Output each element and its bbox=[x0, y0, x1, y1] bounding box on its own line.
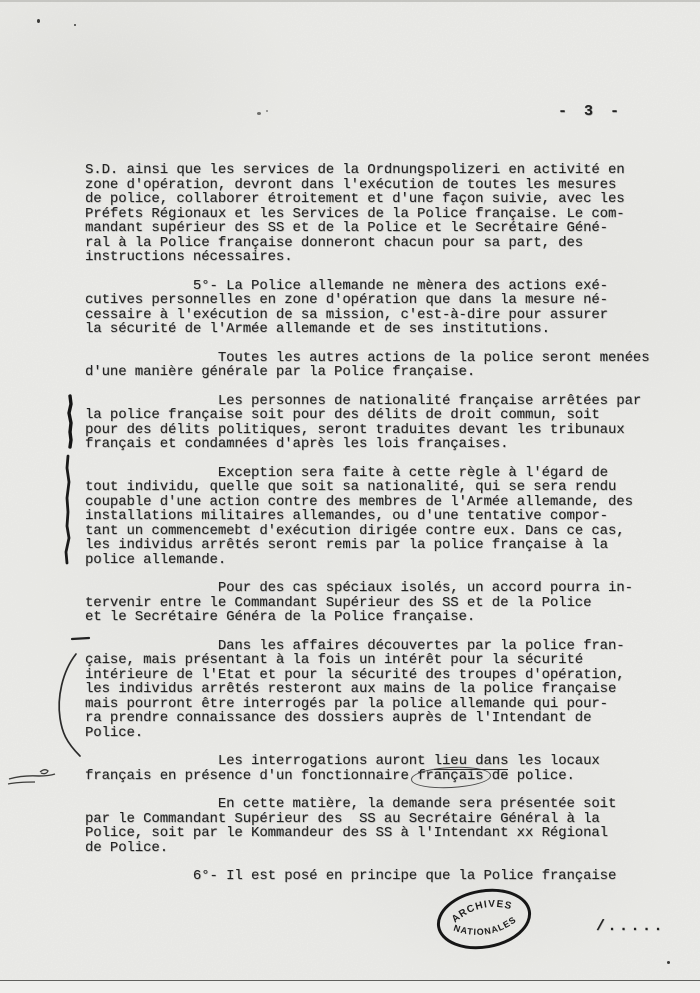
text-line: les individus arrêtés seront remis par l… bbox=[85, 538, 685, 553]
text-line: français et condamnées d'après les lois … bbox=[85, 437, 685, 452]
scan-top-edge bbox=[0, 0, 700, 2]
text-line: la police française soit pour des délits… bbox=[85, 408, 685, 423]
text-line: et le Secrétaire Généra de la Police fra… bbox=[85, 610, 685, 625]
text-line: instructions nécessaires. bbox=[85, 250, 685, 265]
paragraph-clause-6: 6°- Il est posé en principe que la Polic… bbox=[85, 869, 685, 884]
document-body: S.D. ainsi que les services de la Ordnun… bbox=[85, 163, 685, 884]
text-line: Dans les affaires découvertes par la pol… bbox=[85, 639, 685, 654]
ink-speck bbox=[667, 961, 670, 964]
text-line: ra prendre connaissance des dossiers aup… bbox=[85, 711, 685, 726]
document-page: - 3 - S.D. ainsi que les services de la … bbox=[0, 0, 700, 993]
page-number: - 3 - bbox=[558, 103, 623, 120]
paragraph: Dans les affaires découvertes par la pol… bbox=[85, 639, 685, 741]
text-line: tant un commencemebt d'exécution dirigée… bbox=[85, 524, 685, 539]
text-line: 6°- Il est posé en principe que la Polic… bbox=[85, 869, 685, 884]
handwritten-annotation bbox=[40, 770, 48, 774]
handwritten-annotation bbox=[8, 782, 35, 784]
archives-nationales-stamp: ARCHIVES NATIONALES bbox=[427, 877, 541, 960]
text-line: ral à la Police française donneront chac… bbox=[85, 236, 685, 251]
text-line: S.D. ainsi que les services de la Ordnun… bbox=[85, 163, 685, 178]
paragraph: Pour des cas spéciaux isolés, un accord … bbox=[85, 581, 685, 625]
text-line: pour des délits politiques, seront tradu… bbox=[85, 423, 685, 438]
text-line: Police, soit par le Kommandeur des SS à … bbox=[85, 826, 685, 841]
text-line: installations militaires allemandes, ou … bbox=[85, 509, 685, 524]
ink-speck bbox=[266, 110, 268, 112]
text-line: par le Commandant Supérieur des SS au Se… bbox=[85, 812, 685, 827]
text-line: intérieure de l'Etat et pour la sécurité… bbox=[85, 668, 685, 683]
text-line: les individus arrêtés resteront aux main… bbox=[85, 682, 685, 697]
text-line: de Police. bbox=[85, 841, 685, 856]
pencil-circle: français bbox=[417, 769, 483, 784]
paragraph-annotated: Les interrogations auront lieu dans les … bbox=[85, 754, 685, 783]
text-line: tervenir entre le Commandant Supérieur d… bbox=[85, 596, 685, 611]
paragraph-clause-5: 5°- La Police allemande ne mènera des ac… bbox=[85, 279, 685, 337]
ink-speck bbox=[74, 24, 76, 26]
text-line: la sécurité de l'Armée allemande et de s… bbox=[85, 322, 685, 337]
paragraph: En cette matière, la demande sera présen… bbox=[85, 797, 685, 855]
text-line: Les personnes de nationalité française a… bbox=[85, 394, 685, 409]
margin-bracket-icon bbox=[59, 654, 80, 756]
text-line: d'une manière générale par la Police fra… bbox=[85, 365, 685, 380]
text-line: Toutes les autres actions de la police s… bbox=[85, 351, 685, 366]
text-segment: français en présence d'un fonctionnaire bbox=[85, 768, 417, 784]
text-line: Pour des cas spéciaux isolés, un accord … bbox=[85, 581, 685, 596]
text-line: cessaire à l'exécution de sa mission, c'… bbox=[85, 308, 685, 323]
text-line: coupable d'une action contre des membres… bbox=[85, 495, 685, 510]
text-line: 5°- La Police allemande ne mènera des ac… bbox=[85, 279, 685, 294]
text-line: Préfets Régionaux et les Services de la … bbox=[85, 207, 685, 222]
text-line: police allemande. bbox=[85, 553, 685, 568]
scan-bottom-strip bbox=[0, 981, 700, 993]
margin-bar-icon bbox=[66, 456, 69, 563]
text-line: français en présence d'un fonctionnaire … bbox=[85, 769, 685, 784]
paragraph: S.D. ainsi que les services de la Ordnun… bbox=[85, 163, 685, 265]
handwritten-annotation bbox=[9, 774, 55, 779]
text-line: Exception sera faite à cette règle à l'é… bbox=[85, 466, 685, 481]
continuation-mark: /..... bbox=[596, 918, 665, 935]
text-line: zone d'opération, devront dans l'exécuti… bbox=[85, 178, 685, 193]
text-line: mandant supérieur des SS et de la Police… bbox=[85, 221, 685, 236]
text-line: de police, collaborer étroitement et d'u… bbox=[85, 192, 685, 207]
text-line: En cette matière, la demande sera présen… bbox=[85, 797, 685, 812]
text-line: Police. bbox=[85, 726, 685, 741]
ink-speck bbox=[37, 19, 40, 23]
text-line: mais pourront être interrogés par la pol… bbox=[85, 697, 685, 712]
text-line: cutives personnelles en zone d'opération… bbox=[85, 293, 685, 308]
margin-bar-icon bbox=[69, 396, 71, 447]
ink-speck bbox=[257, 112, 261, 115]
paragraph: Exception sera faite à cette règle à l'é… bbox=[85, 466, 685, 568]
paragraph: Les personnes de nationalité française a… bbox=[85, 394, 685, 452]
text-line: tout individu, quelle que soit sa nation… bbox=[85, 480, 685, 495]
text-segment: de police. bbox=[483, 768, 574, 784]
text-line: Les interrogations auront lieu dans les … bbox=[85, 754, 685, 769]
paragraph: Toutes les autres actions de la police s… bbox=[85, 351, 685, 380]
text-line: çaise, mais présentant à la fois un inté… bbox=[85, 653, 685, 668]
